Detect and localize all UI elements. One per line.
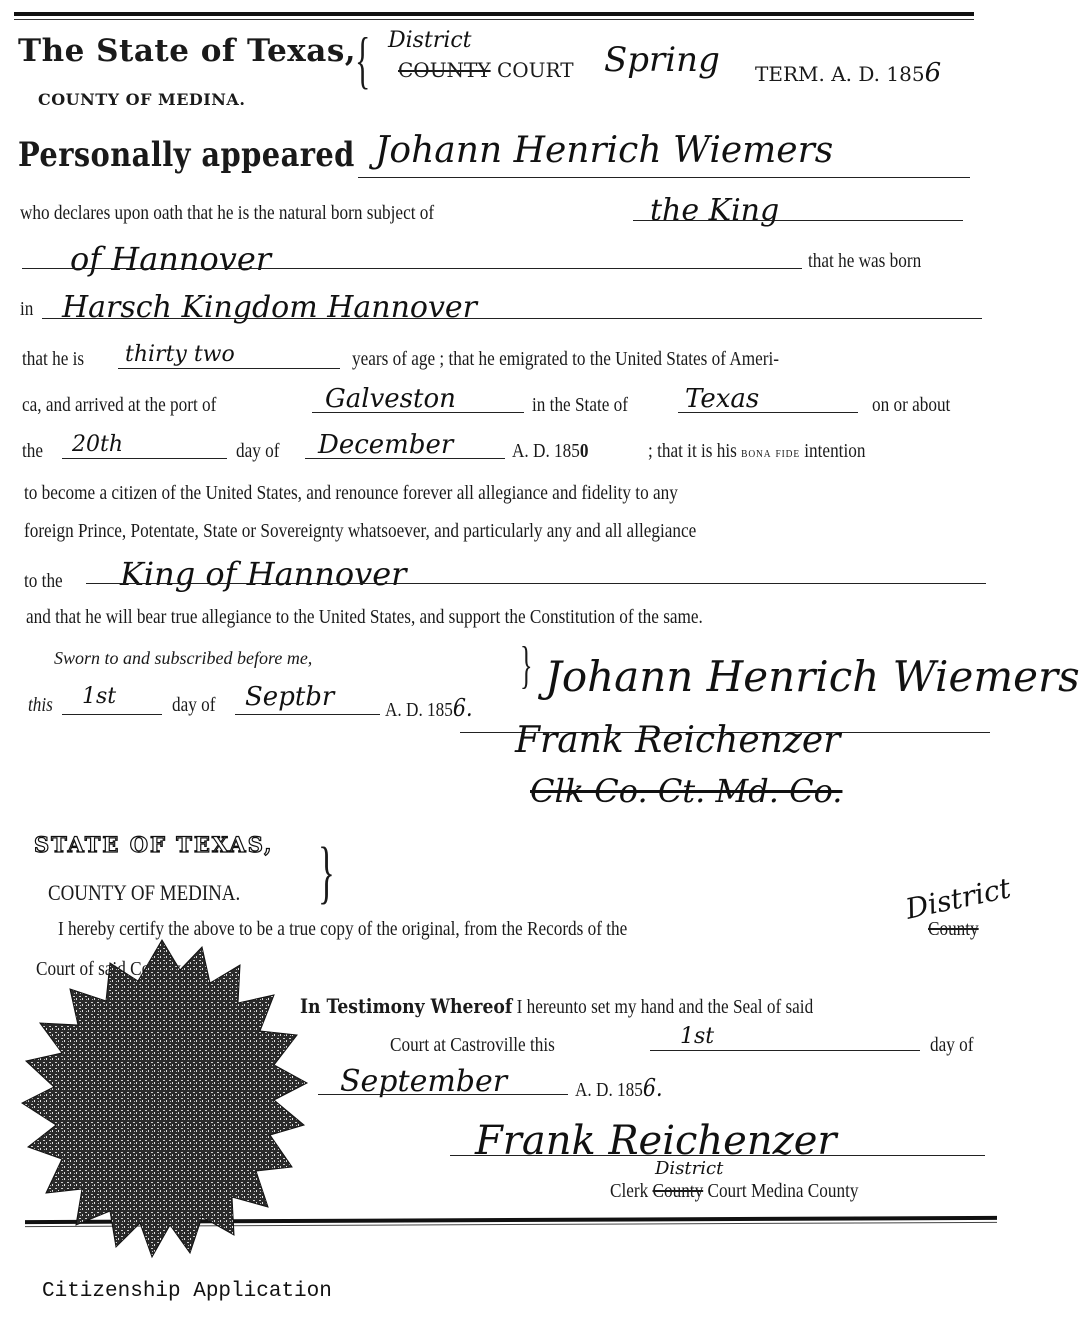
certificate-day-underline: [650, 1050, 920, 1051]
state-handwritten: Texas: [685, 384, 759, 414]
state-title: The State of Texas,: [18, 33, 356, 69]
birthplace-underline: [42, 318, 982, 319]
clerk-signature-oath: Frank Reichenzer: [515, 720, 840, 761]
oath-ad-label: A. D. 185: [385, 699, 453, 721]
applicant-name-handwritten: Johann Henrich Wiemers: [375, 130, 833, 171]
arrival-day-underline: [62, 458, 227, 459]
court-type-handwritten: District: [388, 28, 472, 53]
sworn-text: Sworn to and subscribed before me,: [54, 648, 312, 669]
age-underline: [118, 368, 340, 369]
certificate-county-title: COUNTY OF MEDINA.: [48, 880, 240, 906]
clerk-district-handwritten: District: [655, 1158, 723, 1179]
document-caption: Citizenship Application: [42, 1280, 332, 1303]
oath-year-handwritten: 6.: [453, 694, 473, 722]
header-brace: {: [355, 28, 370, 92]
oath-this-label: this: [28, 694, 53, 717]
oath-day-of-label: day of: [172, 694, 215, 717]
support-line: and that he will bear true allegiance to…: [26, 606, 703, 629]
court-struck-word: COUNTY: [398, 58, 491, 82]
term-year-handwritten: 6: [925, 58, 942, 88]
sovereign-handwritten: King of Hannover: [120, 555, 406, 593]
certificate-month-underline: [318, 1094, 568, 1095]
top-border-rule: [14, 12, 974, 16]
born-text: that he was born: [808, 250, 921, 273]
arrived-prefix: ca, and arrived at the port of: [22, 394, 216, 417]
subject-underline: [633, 220, 963, 221]
age-prefix: that he is: [22, 348, 84, 371]
clerk-county-struck: County: [653, 1180, 704, 1202]
testimony-prefix: In Testimony Whereof: [300, 994, 512, 1018]
clerk-signature-underline: [450, 1155, 985, 1156]
clerk-title-struck: Clk Co. Ct. Md. Co.: [530, 772, 842, 810]
term-line: TERM. A. D. 1856: [755, 58, 941, 88]
clerk-label-prefix: Clerk: [610, 1180, 648, 1202]
court-line: COUNTY COURT: [398, 58, 574, 82]
top-border-rule-thin: [14, 19, 974, 20]
term-label: TERM. A. D. 185: [755, 62, 925, 86]
certificate-brace: }: [318, 838, 335, 908]
oath-month-underline: [235, 714, 380, 715]
name-underline: [358, 177, 970, 178]
bona-fide-text: bona fide: [741, 445, 800, 461]
applicant-signature: Johann Henrich Wiemers: [545, 652, 1080, 701]
clerk-label-suffix: Court Medina County: [707, 1180, 858, 1202]
testimony-rest: I hereunto set my hand and the Seal of s…: [517, 996, 814, 1018]
sovereign-underline: [86, 583, 986, 584]
birthplace-handwritten: Harsch Kingdom Hannover: [62, 290, 477, 325]
in-label: in: [20, 298, 33, 321]
ad-year-handwritten: 0: [580, 440, 589, 462]
castroville-line: Court at Castroville this: [390, 1034, 555, 1057]
oath-day-underline: [62, 714, 162, 715]
certificate-day-of: day of: [930, 1034, 973, 1057]
intention-line: ; that it is his bona fide intention: [648, 440, 865, 463]
intention-text: ; that it is his: [648, 440, 737, 462]
the-label: the: [22, 440, 43, 463]
ad-label: A. D. 185: [512, 440, 580, 462]
renounce-line: to become a citizen of the United States…: [24, 482, 678, 505]
court-word: COURT: [497, 58, 574, 82]
subject-country-handwritten: of Hannover: [70, 240, 271, 278]
state-of-label: in the State of: [532, 394, 628, 417]
intention-word: intention: [804, 440, 865, 462]
arrival-year: A. D. 1850: [512, 440, 588, 463]
oath-brace: }: [520, 640, 532, 692]
to-the-label: to the: [24, 570, 63, 593]
personally-appeared-heading: Personally appeared: [18, 135, 355, 175]
certificate-day-handwritten: 1st: [680, 1024, 714, 1049]
court-seal-icon: [12, 935, 312, 1265]
foreign-line: foreign Prince, Potentate, State or Sove…: [24, 520, 696, 543]
oath-year: A. D. 1856.: [385, 694, 473, 722]
certificate-ad-label: A. D. 185: [575, 1079, 643, 1101]
clerk-label: Clerk County Court Medina County: [610, 1180, 858, 1203]
oath-month-handwritten: Septbr: [245, 682, 334, 712]
arrival-month-underline: [305, 458, 505, 459]
on-or-about: on or about: [872, 394, 950, 417]
certificate-state-title: STATE OF TEXAS,: [34, 832, 273, 857]
port-underline: [312, 412, 524, 413]
arrival-month-handwritten: December: [318, 430, 453, 460]
natural-born-line: who declares upon oath that he is the na…: [20, 202, 434, 225]
state-underline: [678, 412, 858, 413]
certificate-year-handwritten: 6.: [643, 1074, 663, 1102]
county-title: COUNTY OF MEDINA.: [38, 90, 245, 109]
term-handwritten: Spring: [604, 40, 720, 80]
subject-country-underline: [22, 268, 802, 269]
age-handwritten: thirty two: [125, 342, 235, 367]
certificate-county-struck: County: [928, 918, 979, 941]
arrival-day-handwritten: 20th: [72, 432, 123, 457]
day-of-label: day of: [236, 440, 279, 463]
port-handwritten: Galveston: [325, 384, 456, 414]
oath-day-handwritten: 1st: [82, 684, 116, 709]
certificate-year: A. D. 1856.: [575, 1074, 663, 1102]
subject-of-handwritten: the King: [650, 193, 779, 228]
testimony-line: In Testimony Whereof I hereunto set my h…: [300, 994, 813, 1019]
age-suffix: years of age ; that he emigrated to the …: [352, 348, 779, 371]
